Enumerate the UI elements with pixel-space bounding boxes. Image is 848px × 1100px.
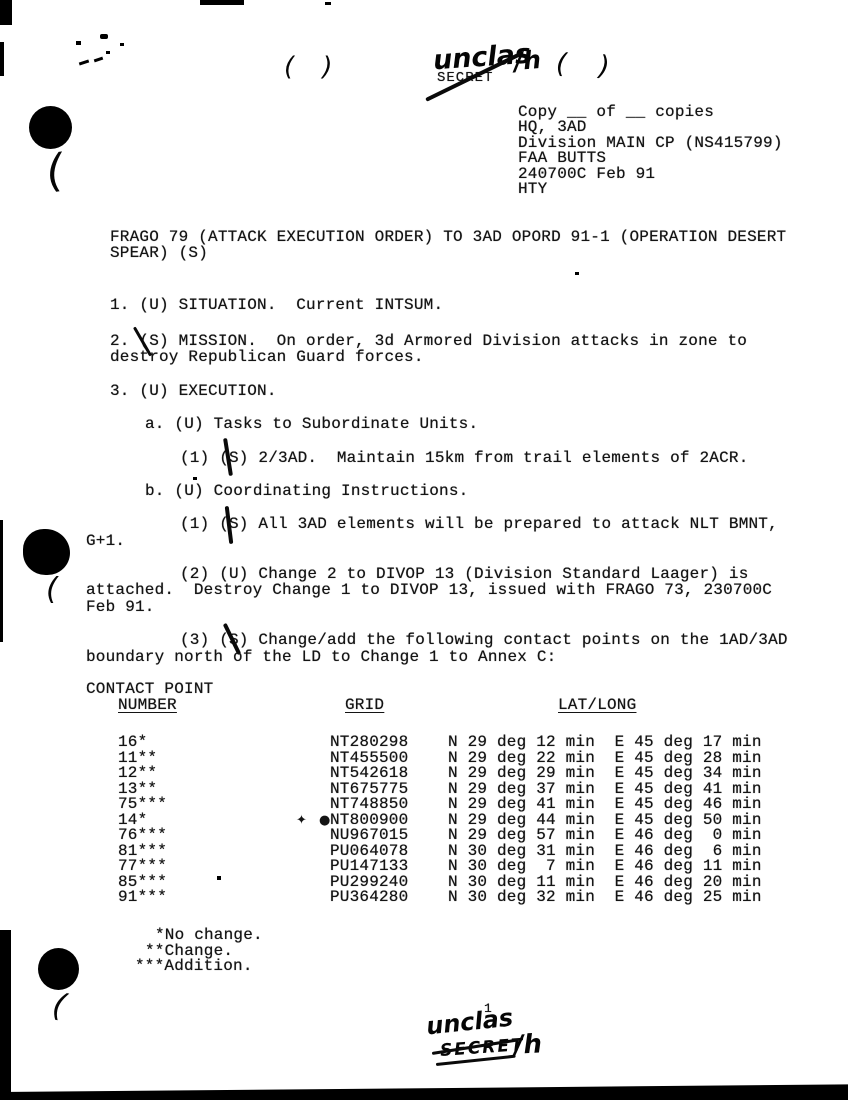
body-line-coord-1a: (1) (S) All 3AD elements will be prepare… bbox=[180, 516, 778, 533]
table-row: 91***PU364280N 30 deg 32 min E 46 deg 25… bbox=[86, 889, 806, 906]
noise-speck bbox=[106, 51, 110, 54]
body-line-coord-3b: boundary north of the LD to Change 1 to … bbox=[86, 649, 556, 666]
hole-punch-top bbox=[29, 106, 72, 149]
hole-punch-bottom bbox=[38, 948, 79, 990]
body-line-coord-3a: (3) (S) Change/add the following contact… bbox=[180, 632, 788, 649]
footnote-addition: ***Addition. bbox=[135, 958, 253, 975]
body-line-execution: 3. (U) EXECUTION. bbox=[110, 383, 277, 400]
body-line-coord-header: b. (U) Coordinating Instructions. bbox=[145, 483, 468, 500]
scanned-document-page: ( ( ( ( ) unclas SECRET /h ( ) Copy __ o… bbox=[0, 0, 848, 1100]
handwritten-paren-mark: ( bbox=[43, 145, 67, 198]
grid-coordinate: PU364280 bbox=[330, 889, 408, 906]
document-title-line-2: SPEAR) (S) bbox=[110, 245, 208, 262]
noise-speck bbox=[79, 60, 89, 66]
scan-edge-bottom-bar bbox=[0, 1080, 848, 1100]
noise-speck bbox=[120, 43, 124, 46]
handwritten-paren-mark: ( bbox=[49, 985, 69, 1025]
handwritten-paren-mark: ( bbox=[46, 572, 58, 607]
body-line-mission-2: destroy Republican Guard forces. bbox=[110, 349, 424, 366]
noise-speck bbox=[76, 41, 81, 45]
scan-edge-top-left-corner bbox=[0, 0, 12, 25]
body-line-situation: 1. (U) SITUATION. Current INTSUM. bbox=[110, 297, 443, 314]
scan-edge-top-segment bbox=[200, 0, 244, 5]
handwritten-initials-top: /h bbox=[513, 45, 542, 76]
body-line-coord-2c: Feb 91. bbox=[86, 599, 155, 616]
noise-speck bbox=[325, 2, 331, 5]
noise-speck bbox=[100, 34, 108, 39]
handwritten-unclas-bottom: unclas bbox=[425, 1004, 515, 1041]
handwritten-paren-pair-right: ( ) bbox=[555, 48, 622, 82]
body-line-tasks-header: a. (U) Tasks to Subordinate Units. bbox=[145, 416, 478, 433]
table-column-header-grid: GRID bbox=[345, 697, 384, 714]
noise-speck bbox=[94, 57, 103, 63]
body-line-task-1: (1) (S) 2/3AD. Maintain 15km from trail … bbox=[180, 450, 749, 467]
noise-speck bbox=[575, 272, 579, 275]
table-column-header-latlong: LAT/LONG bbox=[558, 697, 636, 714]
lat-long-value: N 30 deg 32 min E 46 deg 25 min bbox=[448, 889, 762, 906]
handwritten-paren-pair-left: ( ) bbox=[284, 52, 343, 82]
scan-edge-left-middle bbox=[0, 520, 3, 642]
address-line-suffix: HTY bbox=[518, 181, 547, 198]
table-column-header-number: NUMBER bbox=[118, 697, 177, 714]
scan-edge-left-upper bbox=[0, 42, 4, 76]
noise-speck bbox=[193, 477, 197, 480]
contact-number: 91*** bbox=[118, 889, 167, 906]
handwritten-initials-bottom: /h bbox=[513, 1029, 543, 1060]
document-title-line-1: FRAGO 79 (ATTACK EXECUTION ORDER) TO 3AD… bbox=[110, 229, 786, 246]
body-line-coord-2b: attached. Destroy Change 1 to DIVOP 13, … bbox=[86, 582, 772, 599]
body-line-coord-1b: G+1. bbox=[86, 533, 125, 550]
scan-edge-left-lower bbox=[0, 930, 11, 1095]
hole-punch-middle bbox=[23, 529, 70, 575]
